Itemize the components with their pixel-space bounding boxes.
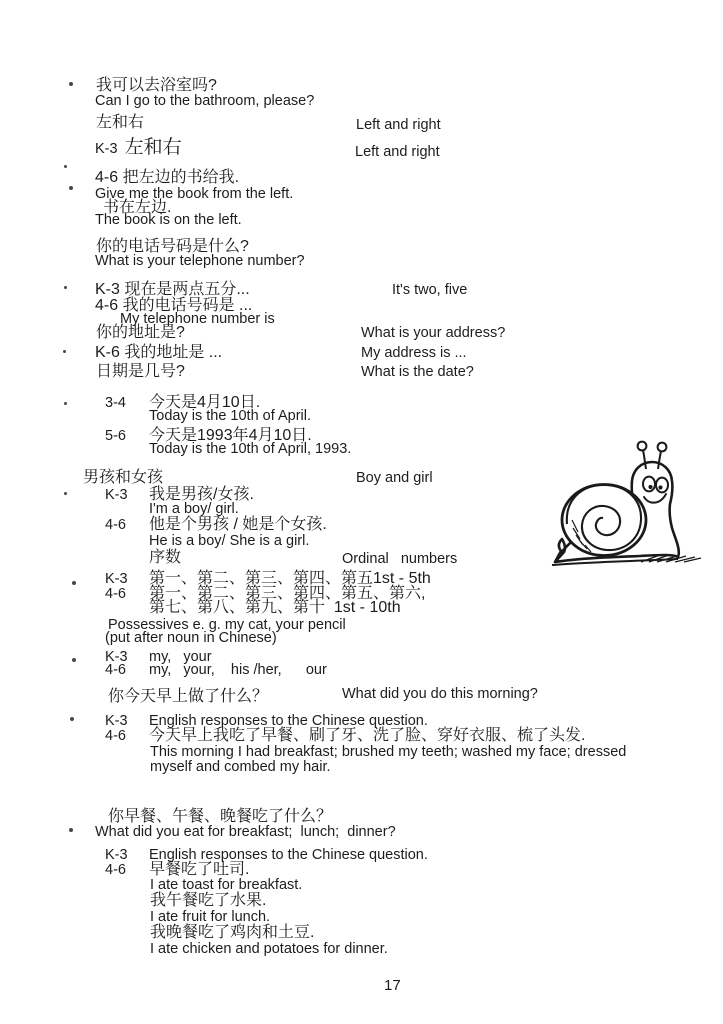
morning-question-en: What did you do this morning? [342,686,538,702]
margin-bullet [69,186,73,190]
possessives-46-text: my, your, his /her, our [149,662,327,678]
shell-outline [562,485,646,556]
margin-bullet [64,492,67,495]
morning-46-en-line2: myself and combed my hair. [150,759,331,775]
date-question-en: What is the date? [361,364,474,380]
grade-label: 5-6 [105,428,149,444]
morning-46-row: 4-6今天早上我吃了早餐、刷了牙、洗了脸、穿好衣服、梳了头发. [105,727,585,745]
meals-breakfast-cn: 早餐吃了吐司. [149,861,249,878]
morning-46-cn: 今天早上我吃了早餐、刷了牙、洗了脸、穿好衣服、梳了头发. [149,727,585,744]
ordinal-title-en: Ordinal numbers [342,551,457,567]
date-56-en: Today is the 10th of April, 1993. [149,441,351,457]
margin-bullet [72,581,76,585]
left-right-title-en: Left and right [356,117,441,133]
grade-label: K-3 [95,141,118,157]
meals-dinner-cn: 我晚餐吃了鸡肉和土豆. [150,924,314,942]
pupil-right [658,485,662,489]
eye-right [656,478,668,493]
date-34-en: Today is the 10th of April. [149,408,311,424]
margin-bullet [64,402,67,405]
meals-breakfast-en: I ate toast for breakfast. [150,877,302,893]
pupil-left [648,485,652,489]
document-page: 我可以去浴室吗? Can I go to the bathroom, pleas… [0,0,723,1024]
left-right-k3-heading: K-3左和右 [95,137,182,158]
boy-girl-k3-en: I'm a boy/ girl. [149,501,239,517]
margin-bullet [72,658,76,662]
meals-lunch-cn: 我午餐吃了水果. [150,892,266,910]
grade-label: 3-4 [105,395,149,411]
margin-bullet [64,165,67,168]
address-k6-cn: K-6 我的地址是 ... [95,344,222,362]
margin-bullet [64,286,67,289]
boy-girl-title-en: Boy and girl [356,470,433,486]
morning-question-cn: 你今天早上做了什么？ [108,688,268,706]
boy-girl-46-cn: 他是个男孩 / 她是个女孩. [149,516,327,533]
grade-label: 4-6 [105,586,149,602]
address-question-cn: 你的地址是? [96,324,185,342]
date-question-cn: 日期是几号? [96,363,185,381]
address-k6-en: My address is ... [361,345,467,361]
margin-bullet [70,717,74,721]
morning-46-en-line1: This morning I had breakfast; brushed my… [150,744,626,760]
grade-label: 4-6 [105,862,149,878]
boy-girl-46-row: 4-6他是个男孩 / 她是个女孩. [105,516,327,534]
grade-label: K-3 [105,487,149,503]
phone-k3-en: It's two, five [392,282,467,298]
grade-label: 4-6 [105,728,149,744]
address-question-en: What is your address? [361,325,505,341]
boy-girl-title-cn: 男孩和女孩 [83,469,163,487]
eye-left [643,477,655,492]
phone-question-en: What is your telephone number? [95,253,305,269]
margin-bullet [69,82,73,86]
left-right-46-cn: 4-6 把左边的书给我. [95,169,239,187]
grade-label: 4-6 [105,662,149,678]
left-right-k3-cn: 左和右 [125,137,182,158]
grade-label: 4-6 [105,517,149,533]
possessives-note: (put after noun in Chinese) [105,630,277,646]
bathroom-question-en: Can I go to the bathroom, please? [95,93,314,109]
ordinal-title-cn: 序数 [149,549,181,567]
page-number: 17 [384,978,401,995]
antenna-knob-left [638,442,647,451]
ordinal-46-continuation: 第七、第八、第九、第十 1st - 10th [149,599,401,617]
left-right-k3-en: Left and right [355,144,440,160]
boy-girl-46-en: He is a boy/ She is a girl. [149,533,309,549]
margin-bullet [63,350,66,353]
meals-dinner-en: I ate chicken and potatoes for dinner. [150,941,388,957]
left-right-title-cn: 左和右 [96,114,144,132]
antenna-knob-right [658,443,667,452]
possessives-46-row: 4-6my, your, his /her, our [105,661,327,679]
meals-question-en: What did you eat for breakfast; lunch; d… [95,824,396,840]
meals-lunch-en: I ate fruit for lunch. [150,909,270,925]
margin-bullet [69,828,73,832]
book-on-left-en: The book is on the left. [95,212,242,228]
snail-illustration [545,424,723,574]
